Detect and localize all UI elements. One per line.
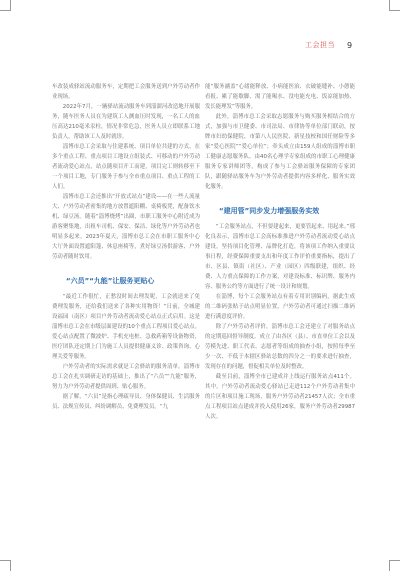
paragraph: 车改装成驿站流动服务车，定期把工会服务送到户外劳动者作业现场。 xyxy=(52,82,200,102)
paragraph: 在淄博，每个工会服务站点有着专用识别编码，据此生成的二维码张贴于站点明显位置，户… xyxy=(205,292,355,322)
paragraph: 2022年7月，一辆驿站流动服务车到淄溜河改造地开展服务，随车医务人员在为建筑工… xyxy=(52,102,200,142)
left-column: 车改装成驿站流动服务车，定期把工会服务送到户外劳动者作业现场。 2022年7月，… xyxy=(52,82,200,412)
paragraph: 此外，淄博市总工会采取志愿服务与购买服务相结合的方式，加强与市卫健委、市司法局、… xyxy=(205,112,355,192)
paragraph: 除了户外劳动者评价，淄博市总工会还建立了对服务站点的定期巡回督导制度。成立了由各… xyxy=(205,322,355,372)
paragraph: 淄博市总工会采取与住建系统、项目单位共建的方式，在多个重点工程、重点项目工地设立… xyxy=(52,142,200,192)
section-name: 工会担当 xyxy=(305,40,335,50)
crop-mark-bottom-left xyxy=(0,560,11,571)
section-heading: “六员”“九能”让服务更贴心 xyxy=(52,276,200,286)
section-heading: “建用管”同步发力增强服务实效 xyxy=(205,206,355,216)
paragraph: “工会服务站点，不但要建起来，更要管起来、用起来。”邢化良表示，淄博市总工会高标… xyxy=(205,222,355,292)
right-column: 能”服务涵盖“心绪能释放、小病能医治、衣破能缝补、小憩能看报、累了能歇脚、渴了能… xyxy=(205,82,355,422)
paragraph: 据了解，“六员”是指心理疏导员、身体保健员、生活服务员、法规宣传员、纠纷调解员、… xyxy=(52,392,200,412)
paragraph: 户外劳动者的实际需求就是工会驿站的服务清单。淄博市总工会在扎实调研走访的基础上，… xyxy=(52,362,200,392)
page-header: 工会担当 9 xyxy=(305,40,352,50)
crop-mark-bottom-right xyxy=(389,560,400,571)
crop-mark-top-left xyxy=(0,0,11,11)
page-number: 9 xyxy=(347,41,352,50)
paragraph: 能”服务涵盖“心绪能释放、小病能医治、衣破能缝补、小憩能看报、累了能歇脚、渴了能… xyxy=(205,82,355,112)
paragraph: 截至目前，淄博全市已建成并上线运行服务站点411个。其中，户外劳动者流动爱心驿站… xyxy=(205,372,355,422)
paragraph: 淄博市总工会还推出“开放式站点”建设——在一些人流量大、户外劳动者密集的地方放置… xyxy=(52,192,200,262)
crop-mark-top-right xyxy=(389,0,400,11)
paragraph: “最近工作很忙，正愁没时间去理发呢，工会就送来了免费理发服务，还给我们送来了各种… xyxy=(52,292,200,362)
